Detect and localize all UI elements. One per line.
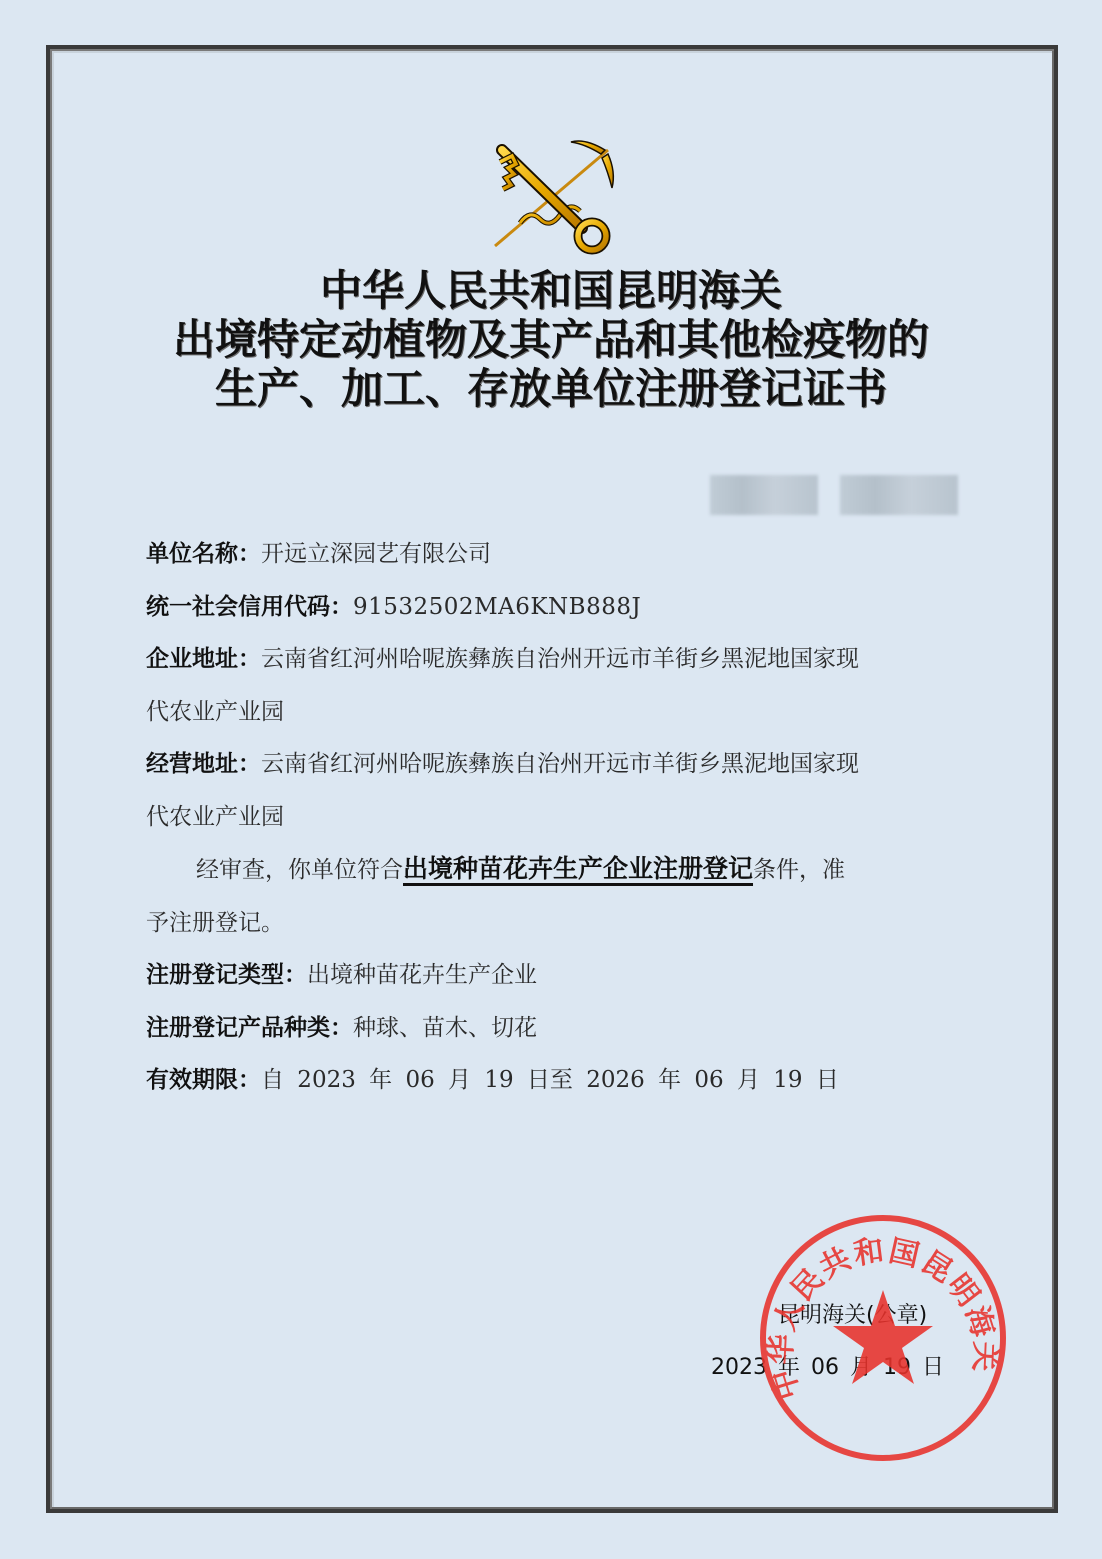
field-enterprise-address: 企业地址：云南省红河州哈呢族彝族自治州开远市羊街乡黑泥地国家现 [146, 633, 956, 686]
certificate-fields: 单位名称：开远立深园艺有限公司 统一社会信用代码：91532502MA6KNB8… [146, 528, 956, 1107]
approval-statement-cont: 予注册登记。 [146, 897, 956, 950]
certificate-title: 中华人民共和国昆明海关 出境特定动植物及其产品和其他检疫物的 生产、加工、存放单… [0, 266, 1102, 413]
title-line-2: 出境特定动植物及其产品和其他检疫物的 [0, 315, 1102, 364]
field-validity-period: 有效期限：自 2023 年 06 月 19 日至 2026 年 06 月 19 … [146, 1054, 956, 1107]
field-credit-code: 统一社会信用代码：91532502MA6KNB888J [146, 581, 956, 634]
field-unit-name: 单位名称：开远立深园艺有限公司 [146, 528, 956, 581]
approval-category: 出境种苗花卉生产企业注册登记 [403, 854, 753, 883]
redacted-block [840, 475, 958, 515]
china-customs-emblem-icon [480, 128, 625, 256]
official-seal-icon: 中华人民共和国昆明海关 [757, 1212, 1009, 1464]
field-enterprise-address-cont: 代农业产业园 [146, 686, 956, 739]
title-line-3: 生产、加工、存放单位注册登记证书 [0, 364, 1102, 413]
approval-statement: 经审查，你单位符合出境种苗花卉生产企业注册登记条件，准 [146, 843, 956, 897]
field-business-address-cont: 代农业产业园 [146, 791, 956, 844]
field-product-categories: 注册登记产品种类：种球、苗木、切花 [146, 1002, 956, 1055]
field-registration-type: 注册登记类型：出境种苗花卉生产企业 [146, 949, 956, 1002]
field-business-address: 经营地址：云南省红河州哈呢族彝族自治州开远市羊街乡黑泥地国家现 [146, 738, 956, 791]
redacted-block [710, 475, 818, 515]
certificate-number-redacted [710, 475, 960, 515]
title-line-1: 中华人民共和国昆明海关 [0, 266, 1102, 315]
